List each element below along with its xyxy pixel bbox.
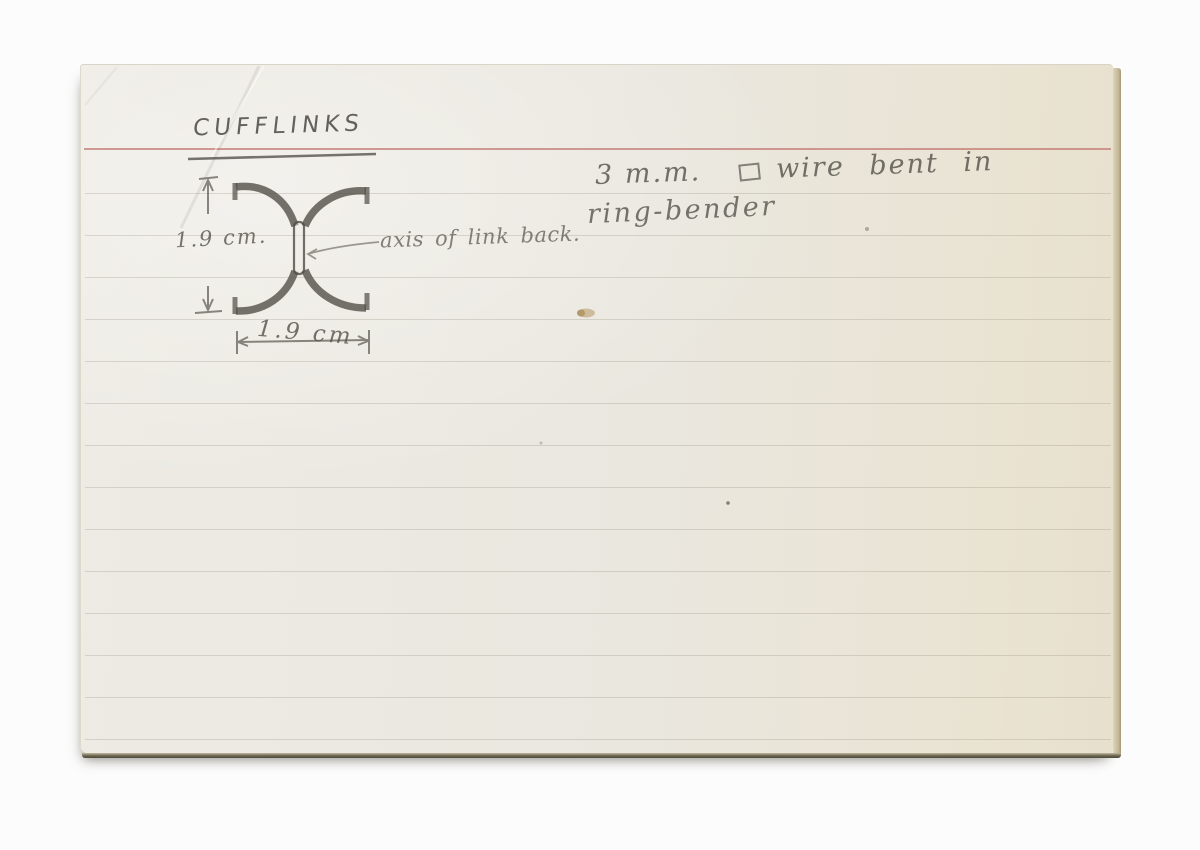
leader-arrow (308, 242, 379, 259)
card-title: CUFFLINKS (192, 111, 366, 142)
paper-specks (540, 227, 870, 505)
photo-background: CUFFLINKS 3 m.m. wire bent in ring-bende… (0, 0, 1200, 850)
paper-creases (85, 66, 264, 228)
square-wire-icon (738, 163, 761, 182)
card-bottom-edge (82, 753, 1121, 758)
index-card: CUFFLINKS 3 m.m. wire bent in ring-bende… (80, 64, 1113, 753)
link-back-bar (294, 222, 304, 274)
card-right-edge (1113, 68, 1121, 756)
height-dimension-label: 1.9 cm. (174, 224, 268, 253)
wire-size-label: 3 m.m. (595, 156, 702, 191)
